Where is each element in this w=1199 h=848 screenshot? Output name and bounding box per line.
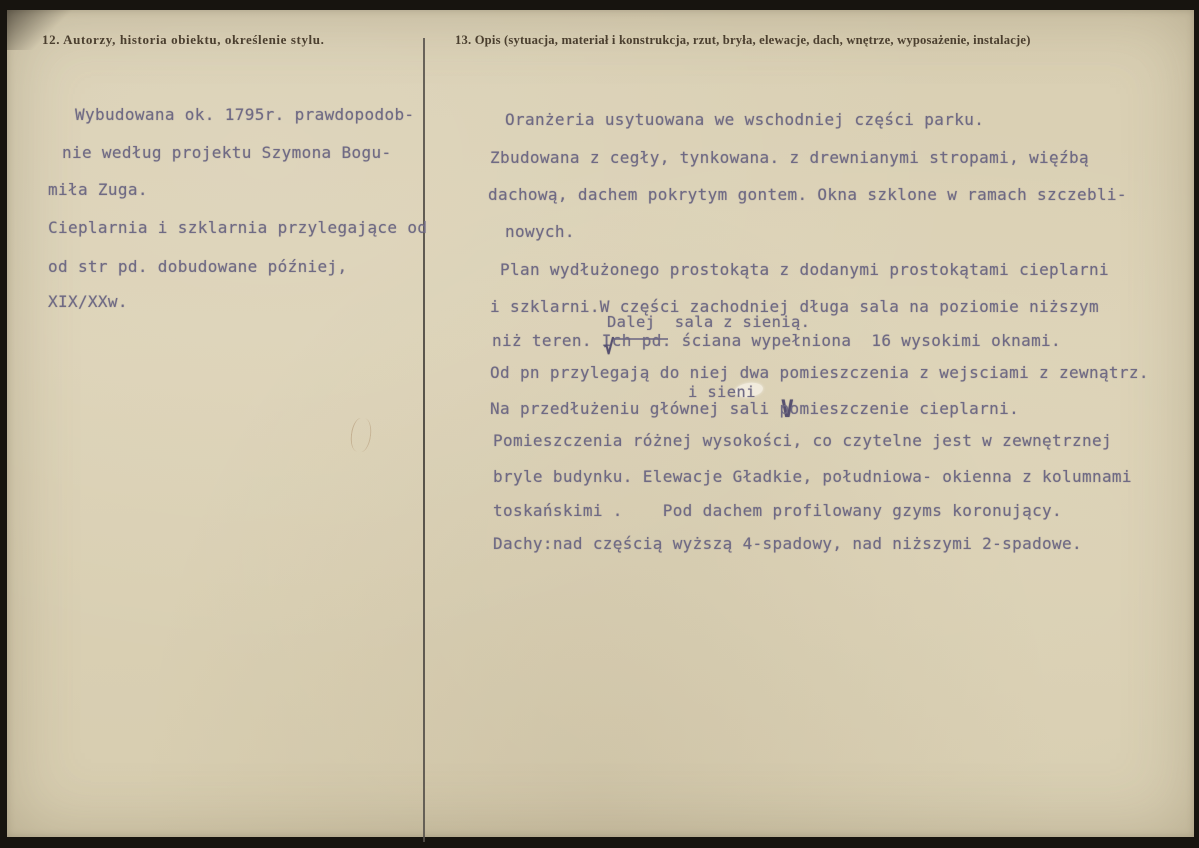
typed-line: nowych. bbox=[505, 222, 575, 241]
typed-line: nie według projektu Szymona Bogu- bbox=[62, 143, 391, 162]
section-13-header: 13. Opis (sytuacja, materiał i konstrukc… bbox=[455, 33, 1031, 48]
typed-line: od str pd. dobudowane później, bbox=[48, 257, 347, 276]
typed-line: Na przedłużeniu głównej sali pomieszczen… bbox=[490, 399, 1019, 418]
typed-line: XIX/XXw. bbox=[48, 292, 128, 311]
column-divider-rule bbox=[423, 38, 425, 842]
typed-line: toskańskimi . Pod dachem profilowany gzy… bbox=[493, 501, 1062, 520]
typed-line: Dachy:nad częścią wyższą 4-spadowy, nad … bbox=[493, 534, 1082, 553]
typed-line: Od pn przylegają do niej dwa pomieszczen… bbox=[490, 363, 1149, 382]
typed-line: miła Zuga. bbox=[48, 180, 148, 199]
typed-insertion-line: Dalej sala z sienią. bbox=[607, 313, 810, 331]
typed-line: dachową, dachem pokrytym gontem. Okna sz… bbox=[488, 185, 1127, 204]
section-12-header: 12. Autorzy, historia obiektu, określeni… bbox=[42, 32, 324, 48]
pencil-mark bbox=[349, 417, 374, 453]
typed-line: Oranżeria usytuowana we wschodniej częśc… bbox=[505, 110, 984, 129]
record-card-paper: 12. Autorzy, historia obiektu, określeni… bbox=[7, 10, 1194, 837]
insertion-caret-icon: √ bbox=[604, 335, 615, 359]
typed-line: Plan wydłużonego prostokąta z dodanymi p… bbox=[500, 260, 1109, 279]
typed-line: Wybudowana ok. 1795r. prawdopodob- bbox=[75, 105, 414, 124]
typed-line: Pomieszczenia różnej wysokości, co czyte… bbox=[493, 431, 1112, 450]
typed-line: Cieplarnia i szklarnia przylegające od bbox=[48, 218, 427, 237]
typed-line: Zbudowana z cegły, tynkowana. z drewnian… bbox=[490, 148, 1089, 167]
typed-line: niż teren. Ich pd. ściana wypełniona 16 … bbox=[492, 331, 1061, 350]
scanned-record-card-page: { "colors": { "paper": "#dbd1b5", "typew… bbox=[0, 0, 1199, 848]
typed-line: bryle budynku. Elewacje Gładkie, południ… bbox=[493, 467, 1132, 486]
